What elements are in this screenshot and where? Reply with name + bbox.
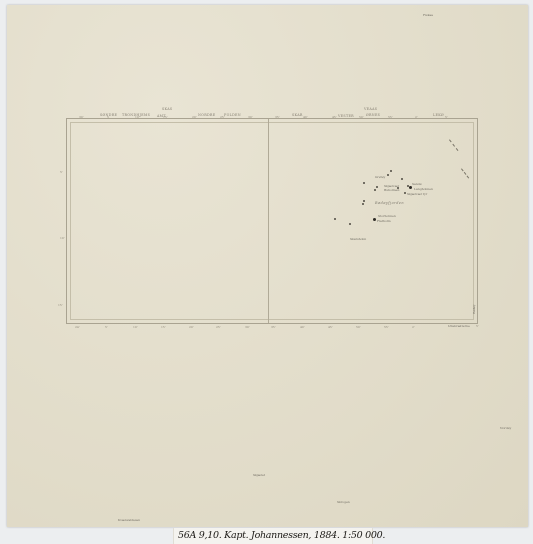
bottom-tick: 15'	[161, 325, 166, 329]
place-label: Sandø	[412, 182, 422, 186]
island-marker	[363, 182, 365, 184]
left-tick: 5'	[60, 170, 63, 174]
right-side-label: Rødøy	[472, 304, 476, 314]
frame-corner-label: Ullebrætterne	[448, 324, 470, 328]
frame-top-label-left-4: FOLDEN	[224, 113, 241, 117]
place-label-fiskaa: Fiskaa	[423, 13, 433, 17]
place-label-skjaeret: Skjæret	[253, 473, 265, 477]
place-label: Buholmen	[384, 188, 399, 192]
bottom-tick: 40'	[300, 325, 305, 329]
map-frame-inner-border	[70, 122, 474, 320]
place-label: Skjærvær fyr	[407, 192, 427, 196]
bottom-tick: 5'	[476, 324, 479, 328]
bottom-tick: 25'	[216, 325, 221, 329]
bottom-tick: 2'	[412, 325, 415, 329]
frame-top-label-right-end: LEKØ	[433, 113, 444, 117]
island-marker-large	[409, 186, 412, 189]
frame-top-label-right-0: SKAR	[292, 113, 303, 117]
island-marker	[363, 200, 365, 202]
island-marker	[387, 174, 389, 176]
sea-label: Rødøyfjorden	[375, 201, 404, 205]
bottom-tick: 20'	[189, 325, 194, 329]
island-marker	[362, 203, 364, 205]
frame-top-label-left-3: NORDRE	[198, 113, 215, 117]
bottom-tick: 55'	[384, 325, 389, 329]
sheet-divider-line	[268, 119, 269, 323]
island-marker	[334, 218, 336, 220]
catalog-label-strip: 56A 9,10. Kapt. Johannessen, 1884. 1:50 …	[173, 528, 373, 544]
place-label: Storholmen	[378, 214, 396, 218]
frame-top-label-right-2: ØRNES	[366, 113, 380, 117]
place-label: Skarsholm	[350, 237, 366, 241]
catalog-label: 56A 9,10. Kapt. Johannessen, 1884. 1:50 …	[178, 530, 385, 541]
bottom-tick: 10'	[133, 325, 138, 329]
island-marker	[390, 170, 392, 172]
left-tick: 10'	[60, 236, 65, 240]
island-marker-large	[373, 218, 376, 221]
bottom-tick: 50'	[356, 325, 361, 329]
island-marker	[376, 186, 378, 188]
bottom-tick: 5'	[105, 325, 108, 329]
left-tick: 15'	[58, 303, 63, 307]
bottom-tick: 45'	[328, 325, 333, 329]
place-label-skrogen: Skrogen	[337, 500, 350, 504]
island-marker	[374, 189, 376, 191]
bottom-tick: 35'	[271, 325, 276, 329]
frame-top-center-label-right: VEAAS	[364, 107, 377, 111]
bottom-tick: 30'	[245, 325, 250, 329]
place-label: Grøtøy	[375, 175, 385, 179]
place-label-kvaenvaldsoen: Kvænvaldsøen	[118, 518, 140, 522]
place-label: Langholmen	[414, 187, 433, 191]
island-marker	[401, 178, 403, 180]
island-marker	[349, 223, 351, 225]
map-frame	[66, 118, 478, 324]
island-marker	[404, 192, 406, 194]
place-label-nordoy: Nordøy	[500, 426, 511, 430]
frame-top-center-label-left: SKAS	[162, 107, 172, 111]
place-label: Flatholm	[377, 219, 391, 223]
bottom-tick: 24'	[75, 325, 80, 329]
